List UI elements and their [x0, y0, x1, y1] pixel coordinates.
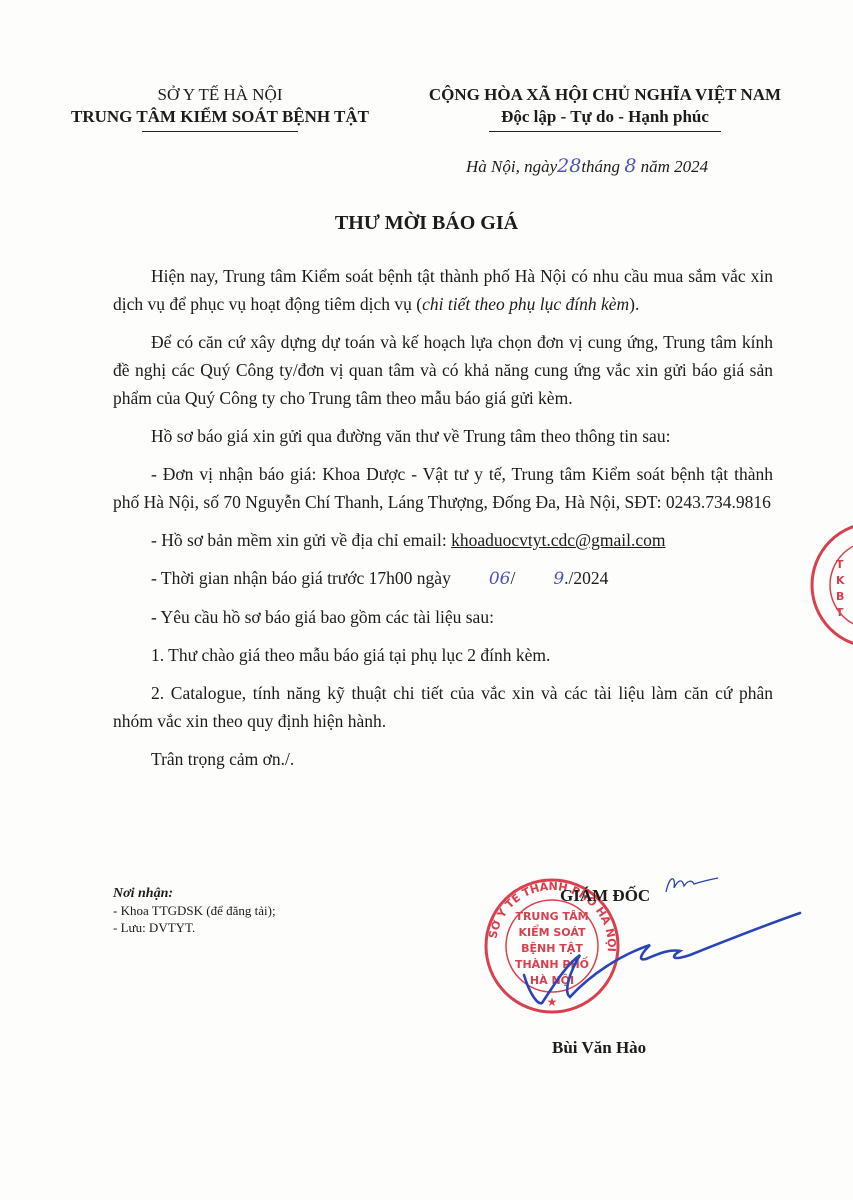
intro-end: ). — [629, 294, 639, 314]
deadline-day: 06 — [451, 565, 511, 593]
year-label: năm 2024 — [641, 157, 709, 176]
motto: Độc lập - Tự do - Hạnh phúc — [400, 106, 810, 128]
recipients-heading: Nơi nhận: — [113, 885, 276, 902]
handwritten-signature-icon — [520, 905, 810, 1015]
partial-stamp-icon: TKBT — [808, 520, 853, 650]
letter-body: Hiện nay, Trung tâm Kiểm soát bệnh tật t… — [113, 262, 773, 783]
requirement-item-1: 1. Thư chào giá theo mẫu báo giá tại phụ… — [113, 641, 773, 669]
dateline: Hà Nội, ngày28tháng 8 năm 2024 — [466, 155, 708, 177]
country-name: CỘNG HÒA XÃ HỘI CHỦ NGHĨA VIỆT NAM — [400, 84, 810, 106]
paragraph-request: Để có căn cứ xây dựng dự toán và kế hoạc… — [113, 328, 773, 412]
paragraph-deadline: - Thời gian nhận báo giá trước 17h00 ngà… — [113, 564, 773, 593]
agency-parent: SỞ Y TẾ HÀ NỘI — [40, 84, 400, 106]
paragraph-email: - Hồ sơ bản mềm xin gửi về địa chỉ email… — [113, 526, 773, 554]
agency-name: TRUNG TÂM KIỂM SOÁT BỆNH TẬT — [40, 106, 400, 128]
national-motto: CỘNG HÒA XÃ HỘI CHỦ NGHĨA VIỆT NAM Độc l… — [400, 84, 810, 132]
recipient-item: - Lưu: DVTYT. — [113, 919, 276, 936]
svg-text:K: K — [836, 574, 845, 587]
paragraph-intro: Hiện nay, Trung tâm Kiểm soát bệnh tật t… — [113, 262, 773, 318]
email-prefix: - Hồ sơ bản mềm xin gửi về địa chỉ email… — [151, 530, 451, 550]
closing: Trân trọng cảm ơn./. — [113, 745, 773, 773]
date-prefix: Hà Nội, ngày — [466, 157, 557, 176]
deadline-month: 9 — [515, 565, 564, 593]
recipients-block: Nơi nhận: - Khoa TTGDSK (để đăng tải); -… — [113, 885, 276, 936]
signatory-name: Bùi Văn Hào — [552, 1038, 646, 1058]
svg-text:T: T — [836, 558, 844, 571]
divider — [489, 131, 721, 132]
svg-text:T: T — [836, 606, 844, 619]
paragraph-submission: Hồ sơ báo giá xin gửi qua đường văn thư … — [113, 422, 773, 450]
issuing-agency: SỞ Y TẾ HÀ NỘI TRUNG TÂM KIỂM SOÁT BỆNH … — [40, 84, 400, 132]
recipient-item: - Khoa TTGDSK (để đăng tải); — [113, 902, 276, 919]
intro-italic: chi tiết theo phụ lục đính kèm — [422, 294, 629, 314]
divider — [142, 131, 298, 132]
deadline-prefix: - Thời gian nhận báo giá trước 17h00 ngà… — [151, 568, 451, 588]
signatory-title: GIÁM ĐỐC — [560, 886, 650, 906]
paragraph-requirements: - Yêu cầu hồ sơ báo giá bao gồm các tài … — [113, 603, 773, 631]
deadline-year: ./2024 — [564, 568, 608, 588]
document-title: THƯ MỜI BÁO GIÁ — [0, 212, 853, 235]
date-day: 28 — [557, 155, 581, 177]
initial-signature-icon — [662, 870, 722, 900]
paragraph-recipient-unit: - Đơn vị nhận báo giá: Khoa Dược - Vật t… — [113, 460, 773, 516]
requirement-item-2: 2. Catalogue, tính năng kỹ thuật chi tiế… — [113, 679, 773, 735]
email-link[interactable]: khoaduocvtyt.cdc@gmail.com — [451, 530, 665, 550]
month-label: tháng — [581, 157, 620, 176]
svg-text:B: B — [836, 590, 844, 603]
date-month: 8 — [624, 155, 636, 177]
